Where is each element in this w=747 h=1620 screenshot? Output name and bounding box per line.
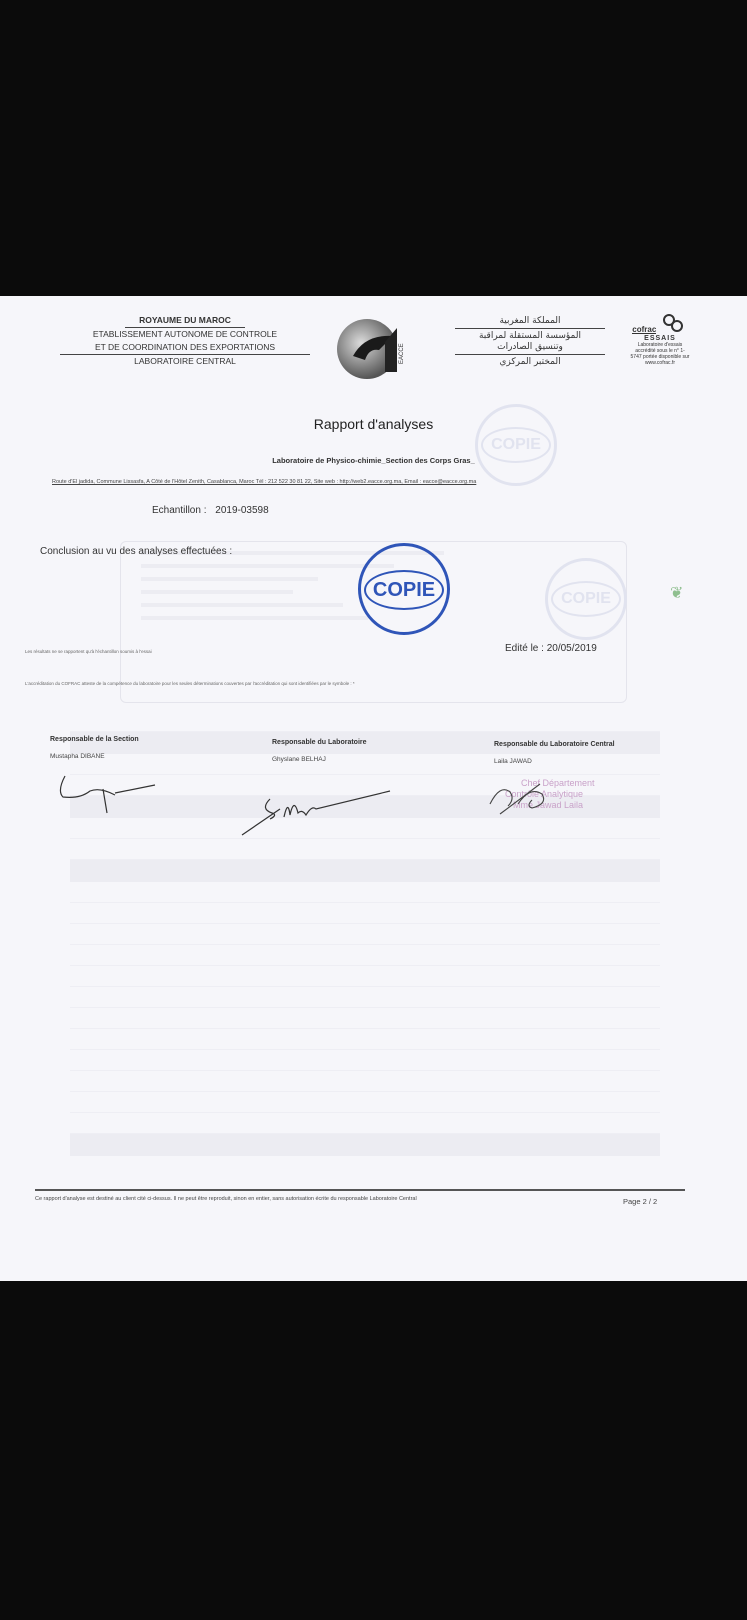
cofrac-accreditation-logo: cofrac ESSAIS Laboratoire d'essais accré…: [630, 314, 690, 366]
header-line-2: ETABLISSEMENT AUTONOME DE CONTROLE: [93, 329, 277, 339]
signature-scribble-3: [470, 774, 570, 824]
arabic-line-4: المختبر المركزي: [455, 357, 605, 368]
signature-name: Ghyslane BELHAJ: [272, 756, 367, 763]
signature-name: Laila JAWAD: [494, 758, 615, 765]
report-subtitle: Laboratoire de Physico-chimie_Section de…: [0, 456, 747, 465]
sample-id: Echantillon : 2019-03598: [152, 505, 269, 516]
arabic-line-2: المؤسسة المستقلة لمراقبة: [455, 331, 605, 342]
edit-date: Edité le : 20/05/2019: [505, 643, 597, 654]
arabic-line-1: المملكة المغربية: [455, 316, 605, 329]
page-number: Page 2 / 2: [623, 1197, 657, 1206]
cofrac-brand: cofrac: [632, 327, 656, 334]
signature-scribble-2: [240, 779, 400, 839]
footer-disclaimer: Ce rapport d'analyse est destiné au clie…: [35, 1196, 417, 1202]
faint-copy-stamp-top: COPIE: [475, 404, 557, 486]
header-line-1: ROYAUME DU MAROC: [125, 314, 245, 328]
eacce-logo: EACCE: [335, 314, 410, 384]
signature-role: Responsable de la Section: [50, 736, 139, 743]
header-line-3: ET DE COORDINATION DES EXPORTATIONS: [60, 341, 310, 355]
copy-stamp: COPIE: [358, 543, 450, 635]
document-page: ROYAUME DU MAROC ETABLISSEMENT AUTONOME …: [0, 296, 747, 1281]
conclusion-label: Conclusion au vu des analyses effectuées…: [40, 546, 232, 557]
signature-role: Responsable du Laboratoire: [272, 739, 367, 746]
signature-name: Mustapha DIBANE: [50, 753, 139, 760]
sample-value: 2019-03598: [215, 505, 268, 516]
svg-text:EACCE: EACCE: [399, 343, 405, 364]
faint-copy-stamp: COPIE: [545, 558, 627, 640]
header-institution: ROYAUME DU MAROC ETABLISSEMENT AUTONOME …: [60, 314, 310, 368]
copy-stamp-text: COPIE: [364, 570, 444, 610]
report-title: Rapport d'analyses: [0, 416, 747, 432]
lab-address: Route d'El jadida, Commune Lissasfa, A C…: [52, 479, 702, 485]
cofrac-note: L'accréditation du COFRAC atteste de la …: [25, 681, 355, 686]
edit-label: Edité le :: [505, 643, 544, 654]
signature-block-laboratory: Responsable du Laboratoire Ghyslane BELH…: [272, 739, 367, 763]
cofrac-details: Laboratoire d'essais accrédité sous le n…: [631, 342, 690, 366]
sample-label: Echantillon :: [152, 505, 206, 516]
results-note: Les résultats ne se rapportent qu'à l'éc…: [25, 649, 152, 654]
footer-divider: [35, 1189, 685, 1191]
signature-block-central: Responsable du Laboratoire Central Laila…: [494, 741, 615, 765]
edit-value: 20/05/2019: [547, 643, 597, 654]
signature-scribble-1: [55, 771, 165, 821]
arabic-line-3: وتنسيق الصادرات: [455, 342, 605, 355]
green-mark-icon: ❦: [670, 583, 690, 609]
header-arabic: المملكة المغربية المؤسسة المستقلة لمراقب…: [455, 316, 605, 368]
cofrac-rings-icon: [658, 314, 688, 332]
header-line-4: LABORATOIRE CENTRAL: [134, 356, 236, 366]
signature-role: Responsable du Laboratoire Central: [494, 741, 615, 748]
signature-block-section: Responsable de la Section Mustapha DIBAN…: [50, 736, 139, 760]
